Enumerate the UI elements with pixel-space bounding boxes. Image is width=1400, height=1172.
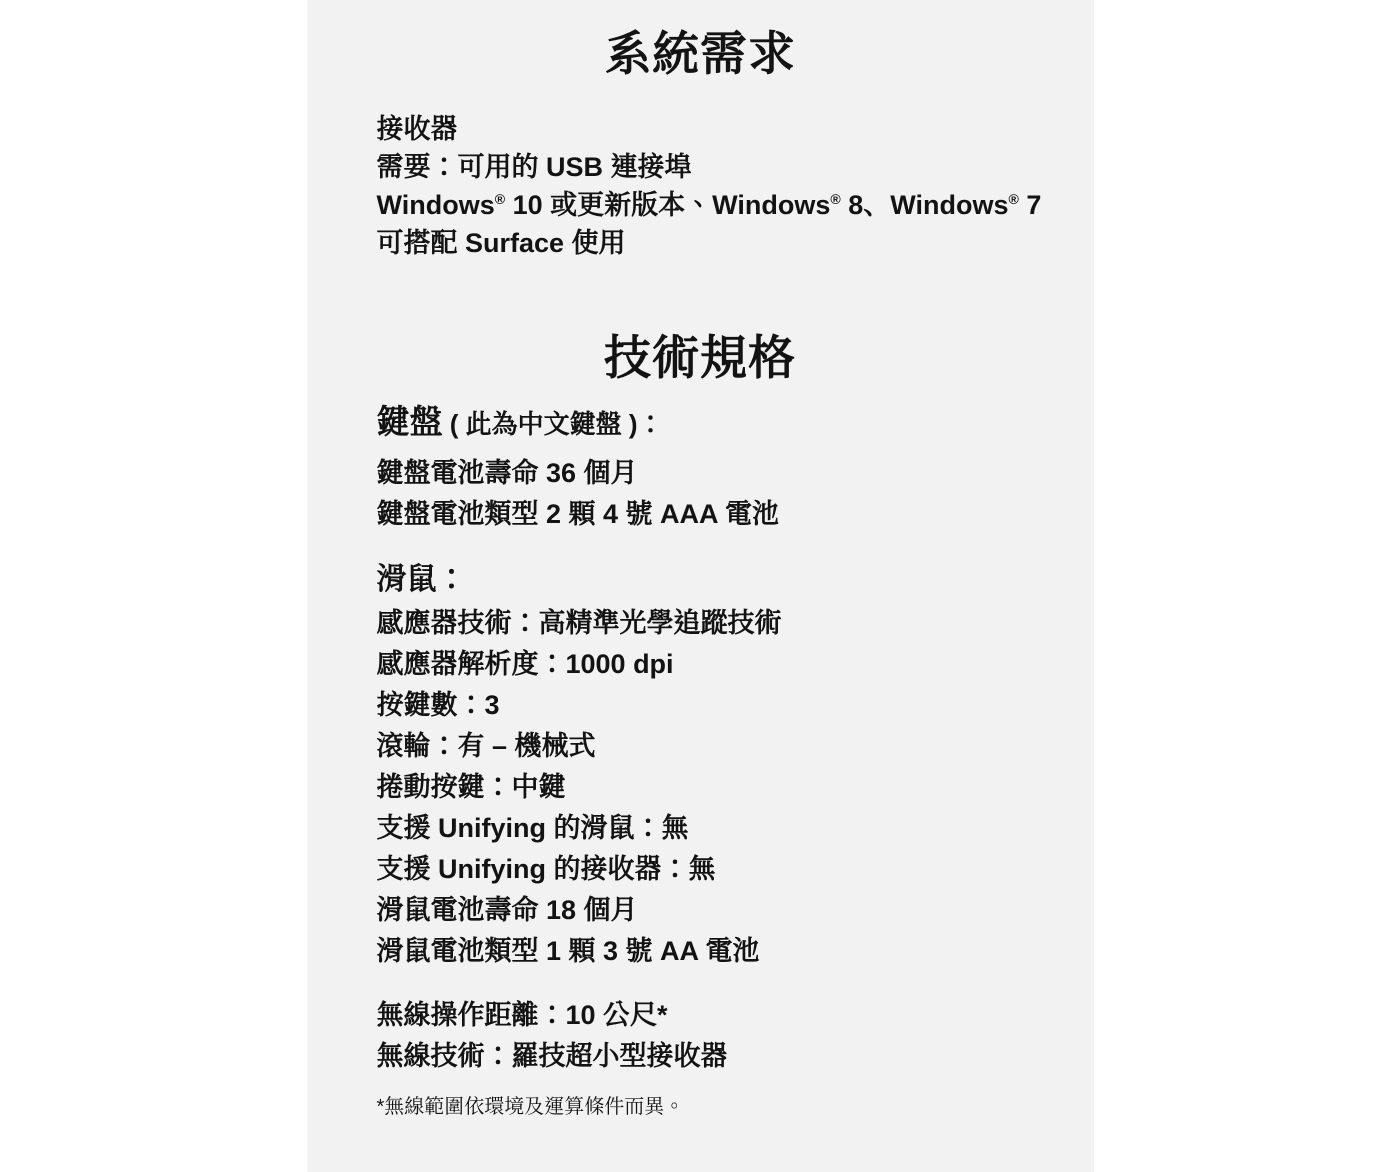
mouse-battery-life-line: 滑鼠電池壽命 18 個月	[377, 890, 1024, 931]
system-requirements-section: 系統需求 接收器 需要：可用的 USB 連接埠 Windows® 10 或更新版…	[377, 26, 1024, 262]
receiver-line: 接收器	[377, 110, 1024, 148]
tech-specs-section: 技術規格 鍵盤 ( 此為中文鍵盤 )： 鍵盤電池壽命 36 個月 鍵盤電池類型 …	[377, 330, 1024, 1121]
wireless-range-footnote: *無線範圍依環境及運算條件而異。	[377, 1093, 1024, 1121]
tech-specs-title: 技術規格	[377, 330, 1024, 386]
unifying-mouse-line: 支援 Unifying 的滑鼠：無	[377, 808, 1024, 849]
wireless-block: 無線操作距離：10 公尺* 無線技術：羅技超小型接收器	[377, 995, 1024, 1077]
keyboard-battery-life-line: 鍵盤電池壽命 36 個月	[377, 453, 1024, 494]
keyboard-heading-name: 鍵盤	[377, 403, 443, 440]
spec-panel: 系統需求 接收器 需要：可用的 USB 連接埠 Windows® 10 或更新版…	[307, 0, 1094, 1172]
unifying-receiver-line: 支援 Unifying 的接收器：無	[377, 849, 1024, 890]
surface-compat-line: 可搭配 Surface 使用	[377, 224, 1024, 262]
scroll-wheel-line: 滾輪：有 – 機械式	[377, 726, 1024, 767]
keyboard-heading-qualifier: ( 此為中文鍵盤 )：	[443, 409, 664, 439]
sensor-resolution-line: 感應器解析度：1000 dpi	[377, 644, 1024, 685]
mouse-heading: 滑鼠：	[377, 557, 1024, 603]
mouse-battery-type-line: 滑鼠電池類型 1 顆 3 號 AA 電池	[377, 931, 1024, 972]
keyboard-heading: 鍵盤 ( 此為中文鍵盤 )：	[377, 398, 1024, 453]
button-count-line: 按鍵數：3	[377, 685, 1024, 726]
sensor-technology-line: 感應器技術：高精準光學追蹤技術	[377, 603, 1024, 644]
windows-versions-line: Windows® 10 或更新版本、Windows® 8、Windows® 7	[377, 186, 1024, 224]
keyboard-battery-type-line: 鍵盤電池類型 2 顆 4 號 AAA 電池	[377, 494, 1024, 535]
wireless-technology-line: 無線技術：羅技超小型接收器	[377, 1036, 1024, 1077]
usb-requirement-line: 需要：可用的 USB 連接埠	[377, 148, 1024, 186]
wireless-range-line: 無線操作距離：10 公尺*	[377, 995, 1024, 1036]
scroll-button-line: 捲動按鍵：中鍵	[377, 767, 1024, 808]
system-requirements-title: 系統需求	[377, 26, 1024, 82]
page: 系統需求 接收器 需要：可用的 USB 連接埠 Windows® 10 或更新版…	[0, 0, 1400, 1172]
